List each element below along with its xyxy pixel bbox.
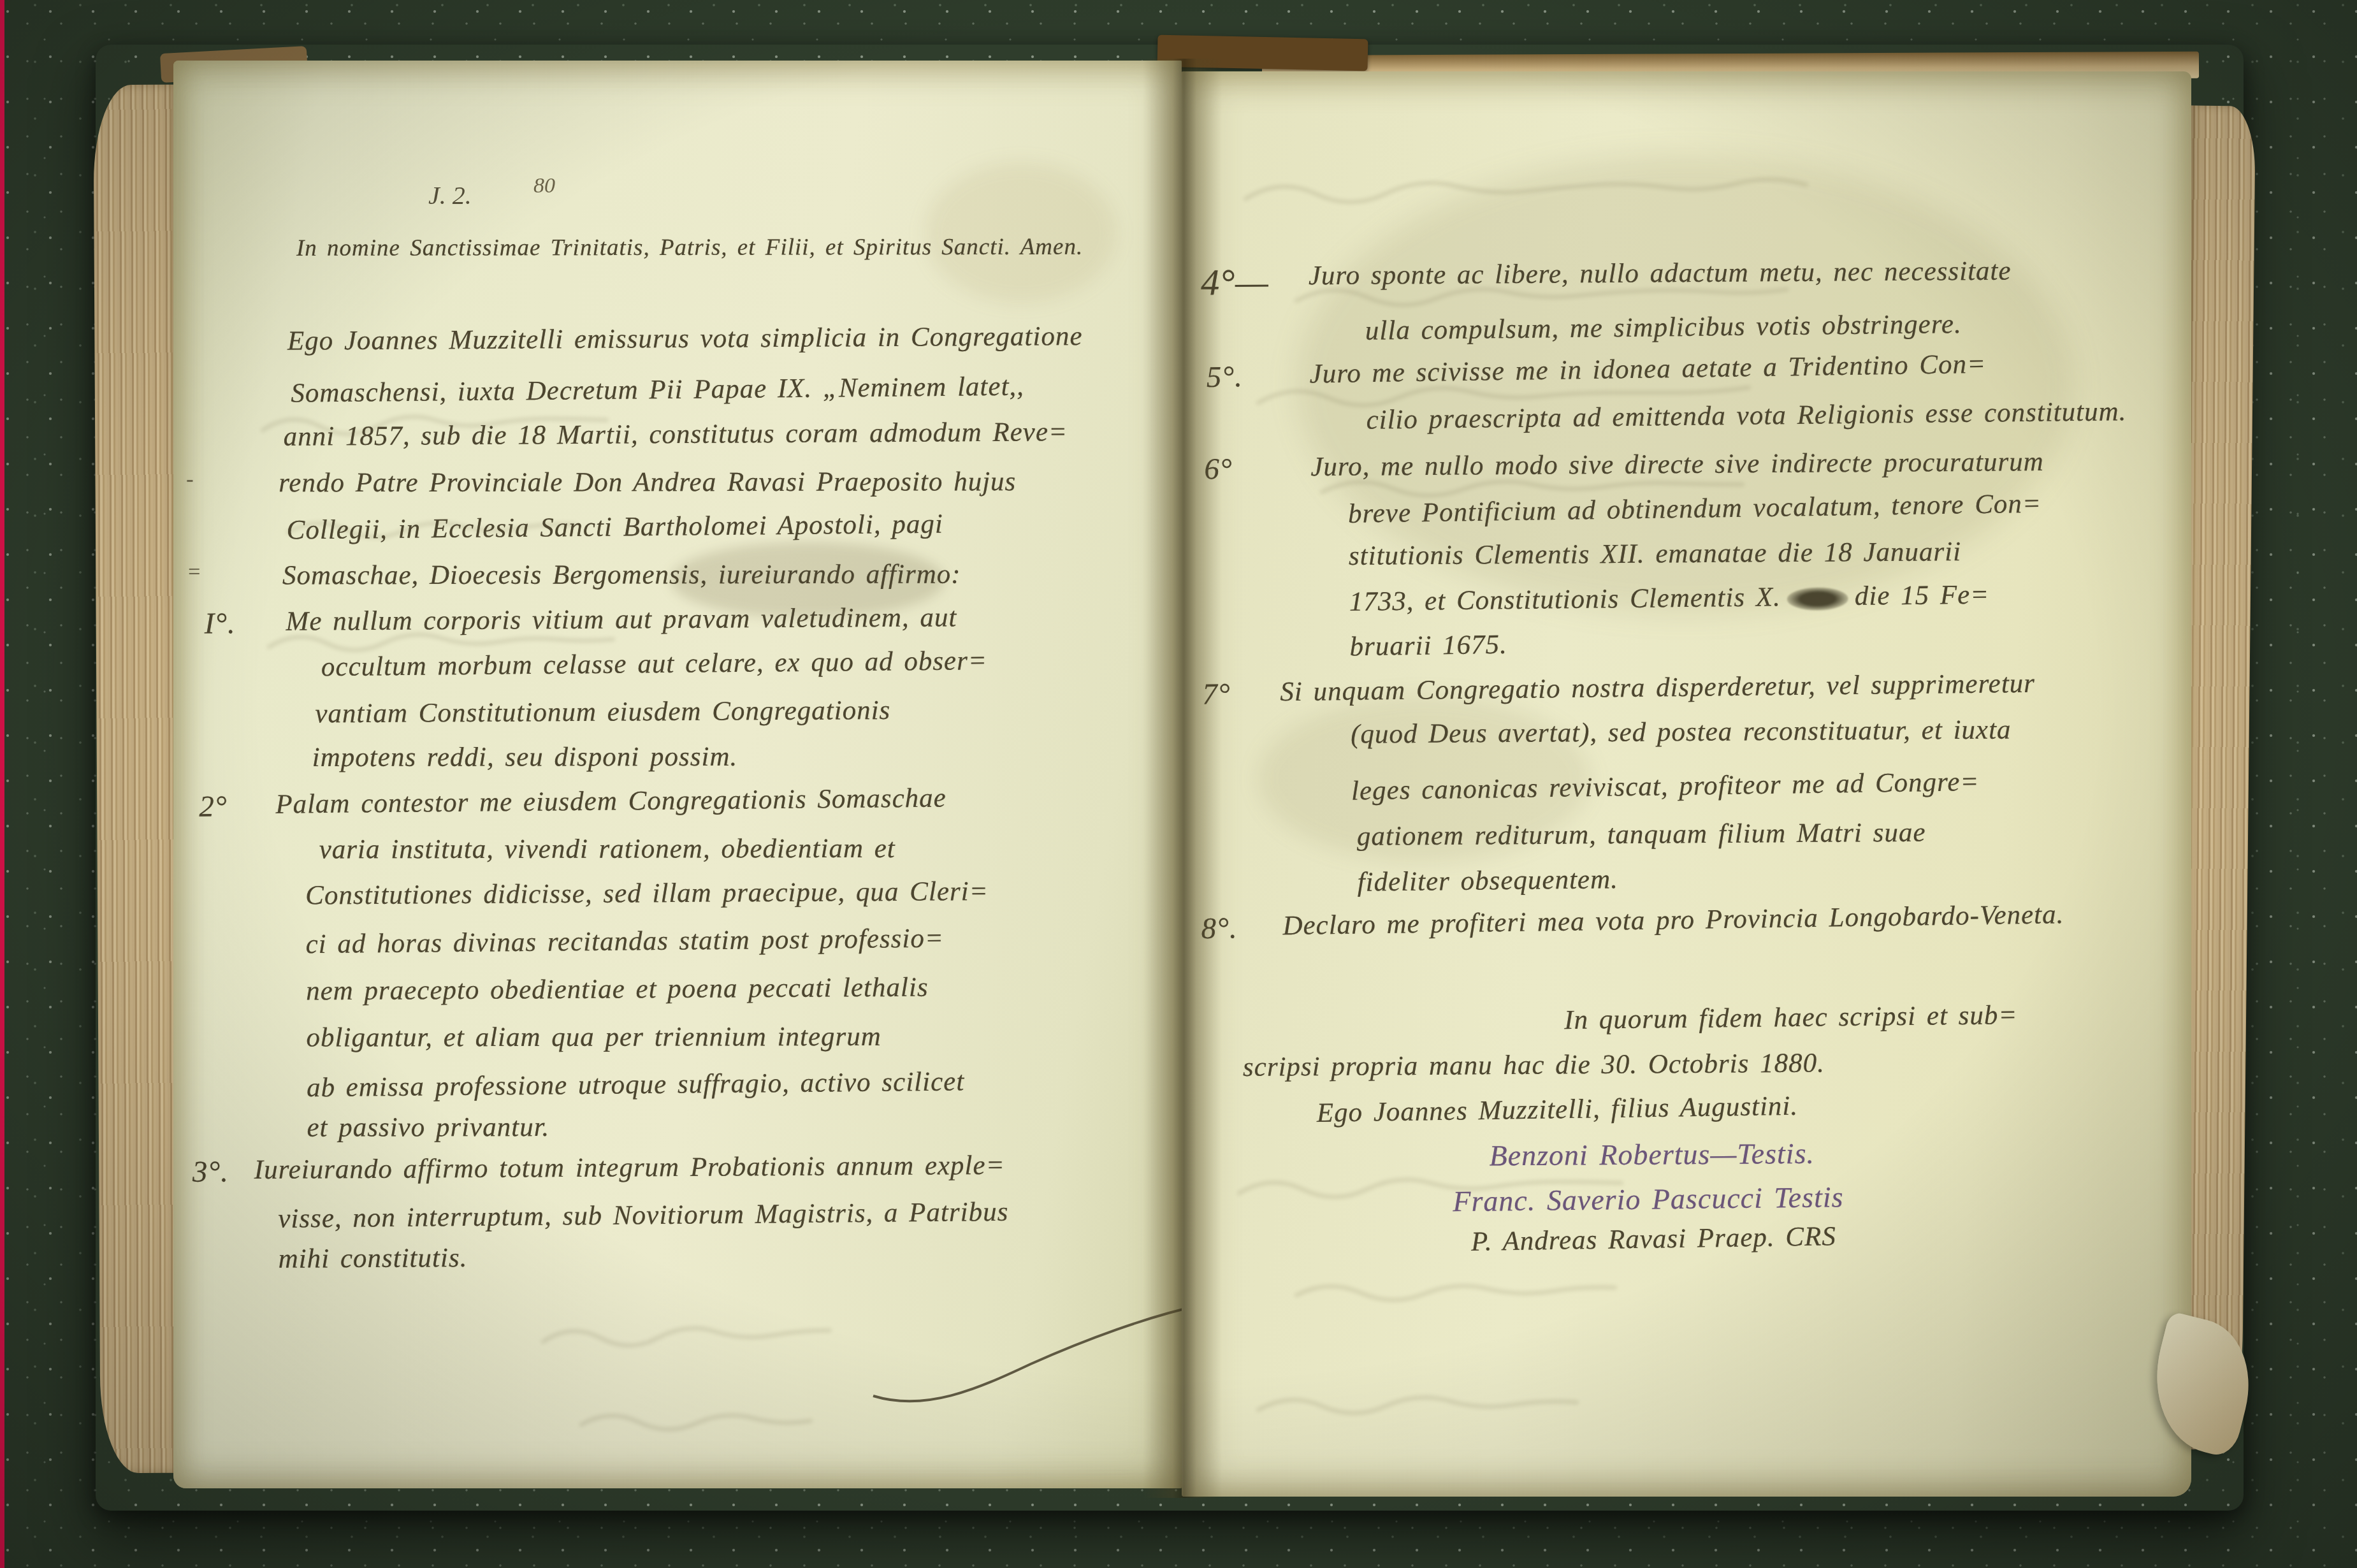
line-text: die 15 Fe= xyxy=(1855,580,1990,611)
line-text: (quod Deus avertat), sed postea reconsti… xyxy=(1351,715,2012,749)
line-text: varia instituta, vivendi rationem, obedi… xyxy=(319,834,896,865)
ink-blot xyxy=(1787,587,1848,611)
manuscript-line: ci ad horas divinas recitandas statim po… xyxy=(305,923,944,961)
line-text: ulla compulsum, me simplicibus votis obs… xyxy=(1365,309,1962,346)
line-text: rendo Patre Provinciale Don Andrea Ravas… xyxy=(279,467,1016,498)
line-text: leges canonicas reviviscat, profiteor me… xyxy=(1351,767,1980,806)
manuscript-line: Ego Joannes Muzzitelli, filius Augustini… xyxy=(1316,1091,1798,1129)
manuscript-line: et passivo privantur. xyxy=(307,1112,549,1143)
right-page-text: 4°—Juro sponte ac libere, nullo adactum … xyxy=(1173,66,2199,1502)
manuscript-line: 7°Si unquam Congregatio nostra disperder… xyxy=(1280,668,2035,708)
line-text: Somaschae, Dioecesis Bergomensis, iureiu… xyxy=(282,560,961,591)
manuscript-line: 4°—Juro sponte ac libere, nullo adactum … xyxy=(1309,256,2012,292)
line-text: nem praecepto obedientiae et poena pecca… xyxy=(306,973,929,1006)
line-text: ci ad horas divinas recitandas statim po… xyxy=(305,924,944,960)
manuscript-line: gationem rediturum, tanquam filium Matri… xyxy=(1357,817,1926,852)
left-page: J. 2. 80 In nomine Sanctissimae Trinitat… xyxy=(173,61,1182,1488)
manuscript-line: bruarii 1675. xyxy=(1349,629,1507,663)
manuscript-line: breve Pontificium ad obtinendum vocalatu… xyxy=(1348,488,2042,530)
line-text: Si unquam Congregatio nostra disperderet… xyxy=(1280,669,2035,707)
line-text: Juro sponte ac libere, nullo adactum met… xyxy=(1309,256,2012,291)
manuscript-line: Somaschensi, iuxta Decretum Pii Papae IX… xyxy=(291,371,1024,409)
manuscript-line: 1733, et Constitutionis Clementis X.die … xyxy=(1349,579,1989,618)
manuscript-line: nem praecepto obedientiae et poena pecca… xyxy=(306,972,929,1007)
line-text: Declaro me profiteri mea vota pro Provin… xyxy=(1282,899,2064,941)
manuscript-line: 3°.Iureiurando affirmo totum integrum Pr… xyxy=(254,1150,1005,1186)
line-text: stitutionis Clementis XII. emanatae die … xyxy=(1349,537,1962,571)
photo-backdrop: J. 2. 80 In nomine Sanctissimae Trinitat… xyxy=(0,0,2357,1568)
line-text: mihi constitutis. xyxy=(278,1243,467,1274)
line-text: vantiam Constitutionum eiusdem Congregat… xyxy=(315,695,890,729)
line-text: Juro, me nullo modo sive directe sive in… xyxy=(1310,447,2044,482)
left-page-text: In nomine Sanctissimae Trinitatis, Patri… xyxy=(169,57,1186,1492)
line-text: obligantur, et aliam qua per triennium i… xyxy=(306,1022,881,1053)
line-text: anni 1857, sub die 18 Martii, constitutu… xyxy=(284,417,1068,452)
line-text: et passivo privantur. xyxy=(307,1112,549,1143)
manuscript-line: visse, non interruptum, sub Novitiorum M… xyxy=(278,1196,1009,1235)
manuscript-line: In quorum fidem haec scripsi et sub= xyxy=(1564,999,2018,1036)
margin-mark: - xyxy=(186,468,194,492)
item-number: 2° xyxy=(199,789,228,824)
manuscript-line: obligantur, et aliam qua per triennium i… xyxy=(306,1021,881,1054)
manuscript-line: 5°.Juro me scivisse me in idonea aetate … xyxy=(1309,349,1986,390)
manuscript-line: In nomine Sanctissimae Trinitatis, Patri… xyxy=(296,233,1083,262)
manuscript-line: P. Andreas Ravasi Praep. CRS xyxy=(1471,1221,1836,1257)
manuscript-line: fideliter obsequentem. xyxy=(1357,864,1618,898)
manuscript-line: Benzoni Robertus—Testis. xyxy=(1489,1136,1815,1173)
manuscript-line: stitutionis Clementis XII. emanatae die … xyxy=(1349,536,1962,572)
line-text: Me nullum corporis vitium aut pravam val… xyxy=(286,602,957,636)
line-text: bruarii 1675. xyxy=(1349,630,1507,662)
manuscript-line: cilio praescripta ad emittenda vota Reli… xyxy=(1366,396,2126,436)
manuscript-line: 2°Palam contestor me eiusdem Congregatio… xyxy=(275,783,946,820)
manuscript-line: 8°.Declaro me profiteri mea vota pro Pro… xyxy=(1282,899,2064,941)
line-text: ab emissa professione utroque suffragio,… xyxy=(307,1066,965,1103)
manuscript-line: 6°Juro, me nullo modo sive directe sive … xyxy=(1310,446,2044,483)
line-text: scripsi propria manu hac die 30. Octobri… xyxy=(1243,1049,1825,1082)
manuscript-line: anni 1857, sub die 18 Martii, constitutu… xyxy=(284,416,1068,453)
line-text: Benzoni Robertus—Testis. xyxy=(1489,1137,1815,1172)
line-text: occultum morbum celasse aut celare, ex q… xyxy=(321,646,987,682)
manuscript-line: vantiam Constitutionum eiusdem Congregat… xyxy=(315,695,890,730)
manuscript-line: Franc. Saverio Pascucci Testis xyxy=(1453,1180,1844,1218)
edge-accent-stripe xyxy=(0,0,4,1568)
line-text: Somaschensi, iuxta Decretum Pii Papae IX… xyxy=(291,372,1024,409)
line-text: Palam contestor me eiusdem Congregationi… xyxy=(275,783,946,820)
manuscript-line: I°.Me nullum corporis vitium aut pravam … xyxy=(286,602,957,637)
item-number: 3°. xyxy=(192,1154,229,1189)
line-text: Ego Joannes Muzzitelli emissurus vota si… xyxy=(287,321,1083,356)
manuscript-line: Constitutiones didicisse, sed illam prae… xyxy=(305,876,989,911)
manuscript-line: Collegii, in Ecclesia Sancti Bartholomei… xyxy=(286,509,943,546)
gutter-shadow xyxy=(1143,59,1222,1498)
manuscript-line: -rendo Patre Provinciale Don Andrea Rava… xyxy=(279,466,1016,498)
line-text: Franc. Saverio Pascucci Testis xyxy=(1453,1180,1844,1217)
manuscript-line: ab emissa professione utroque suffragio,… xyxy=(307,1066,965,1103)
line-text: 1733, et Constitutionis Clementis X. xyxy=(1349,582,1781,617)
line-text: Ego Joannes Muzzitelli, filius Augustini… xyxy=(1316,1091,1798,1128)
manuscript-line: scripsi propria manu hac die 30. Octobri… xyxy=(1243,1048,1825,1083)
line-text: impotens reddi, seu disponi possim. xyxy=(312,742,737,773)
line-text: In nomine Sanctissimae Trinitatis, Patri… xyxy=(296,234,1083,261)
line-text: fideliter obsequentem. xyxy=(1357,864,1618,897)
line-text: Juro me scivisse me in idonea aetate a T… xyxy=(1309,349,1986,389)
manuscript-line: impotens reddi, seu disponi possim. xyxy=(312,741,737,773)
manuscript-line: occultum morbum celasse aut celare, ex q… xyxy=(321,645,987,683)
line-text: visse, non interruptum, sub Novitiorum M… xyxy=(278,1197,1009,1234)
line-text: breve Pontificium ad obtinendum vocalatu… xyxy=(1348,489,2042,529)
line-text: cilio praescripta ad emittenda vota Reli… xyxy=(1366,396,2126,435)
margin-mark: = xyxy=(187,560,202,584)
line-text: Constitutiones didicisse, sed illam prae… xyxy=(305,876,989,911)
item-number: I°. xyxy=(204,606,236,641)
line-text: gationem rediturum, tanquam filium Matri… xyxy=(1357,818,1926,852)
right-page: 81 4°—Juro sponte ac libere, nullo adact… xyxy=(1182,71,2191,1497)
manuscript-line: Ego Joannes Muzzitelli emissurus vota si… xyxy=(287,321,1083,357)
line-text: In quorum fidem haec scripsi et sub= xyxy=(1564,1000,2018,1035)
manuscript-line: varia instituta, vivendi rationem, obedi… xyxy=(319,833,896,866)
line-text: Collegii, in Ecclesia Sancti Bartholomei… xyxy=(286,509,943,546)
manuscript-line: =Somaschae, Dioecesis Bergomensis, iurei… xyxy=(282,559,961,592)
manuscript-line: mihi constitutis. xyxy=(278,1242,467,1275)
line-text: P. Andreas Ravasi Praep. CRS xyxy=(1471,1221,1836,1256)
manuscript-line: leges canonicas reviviscat, profiteor me… xyxy=(1351,766,1980,807)
manuscript-line: (quod Deus avertat), sed postea reconsti… xyxy=(1351,714,2012,750)
line-text: Iureiurando affirmo totum integrum Proba… xyxy=(254,1151,1005,1185)
manuscript-line: ulla compulsum, me simplicibus votis obs… xyxy=(1365,309,1962,347)
